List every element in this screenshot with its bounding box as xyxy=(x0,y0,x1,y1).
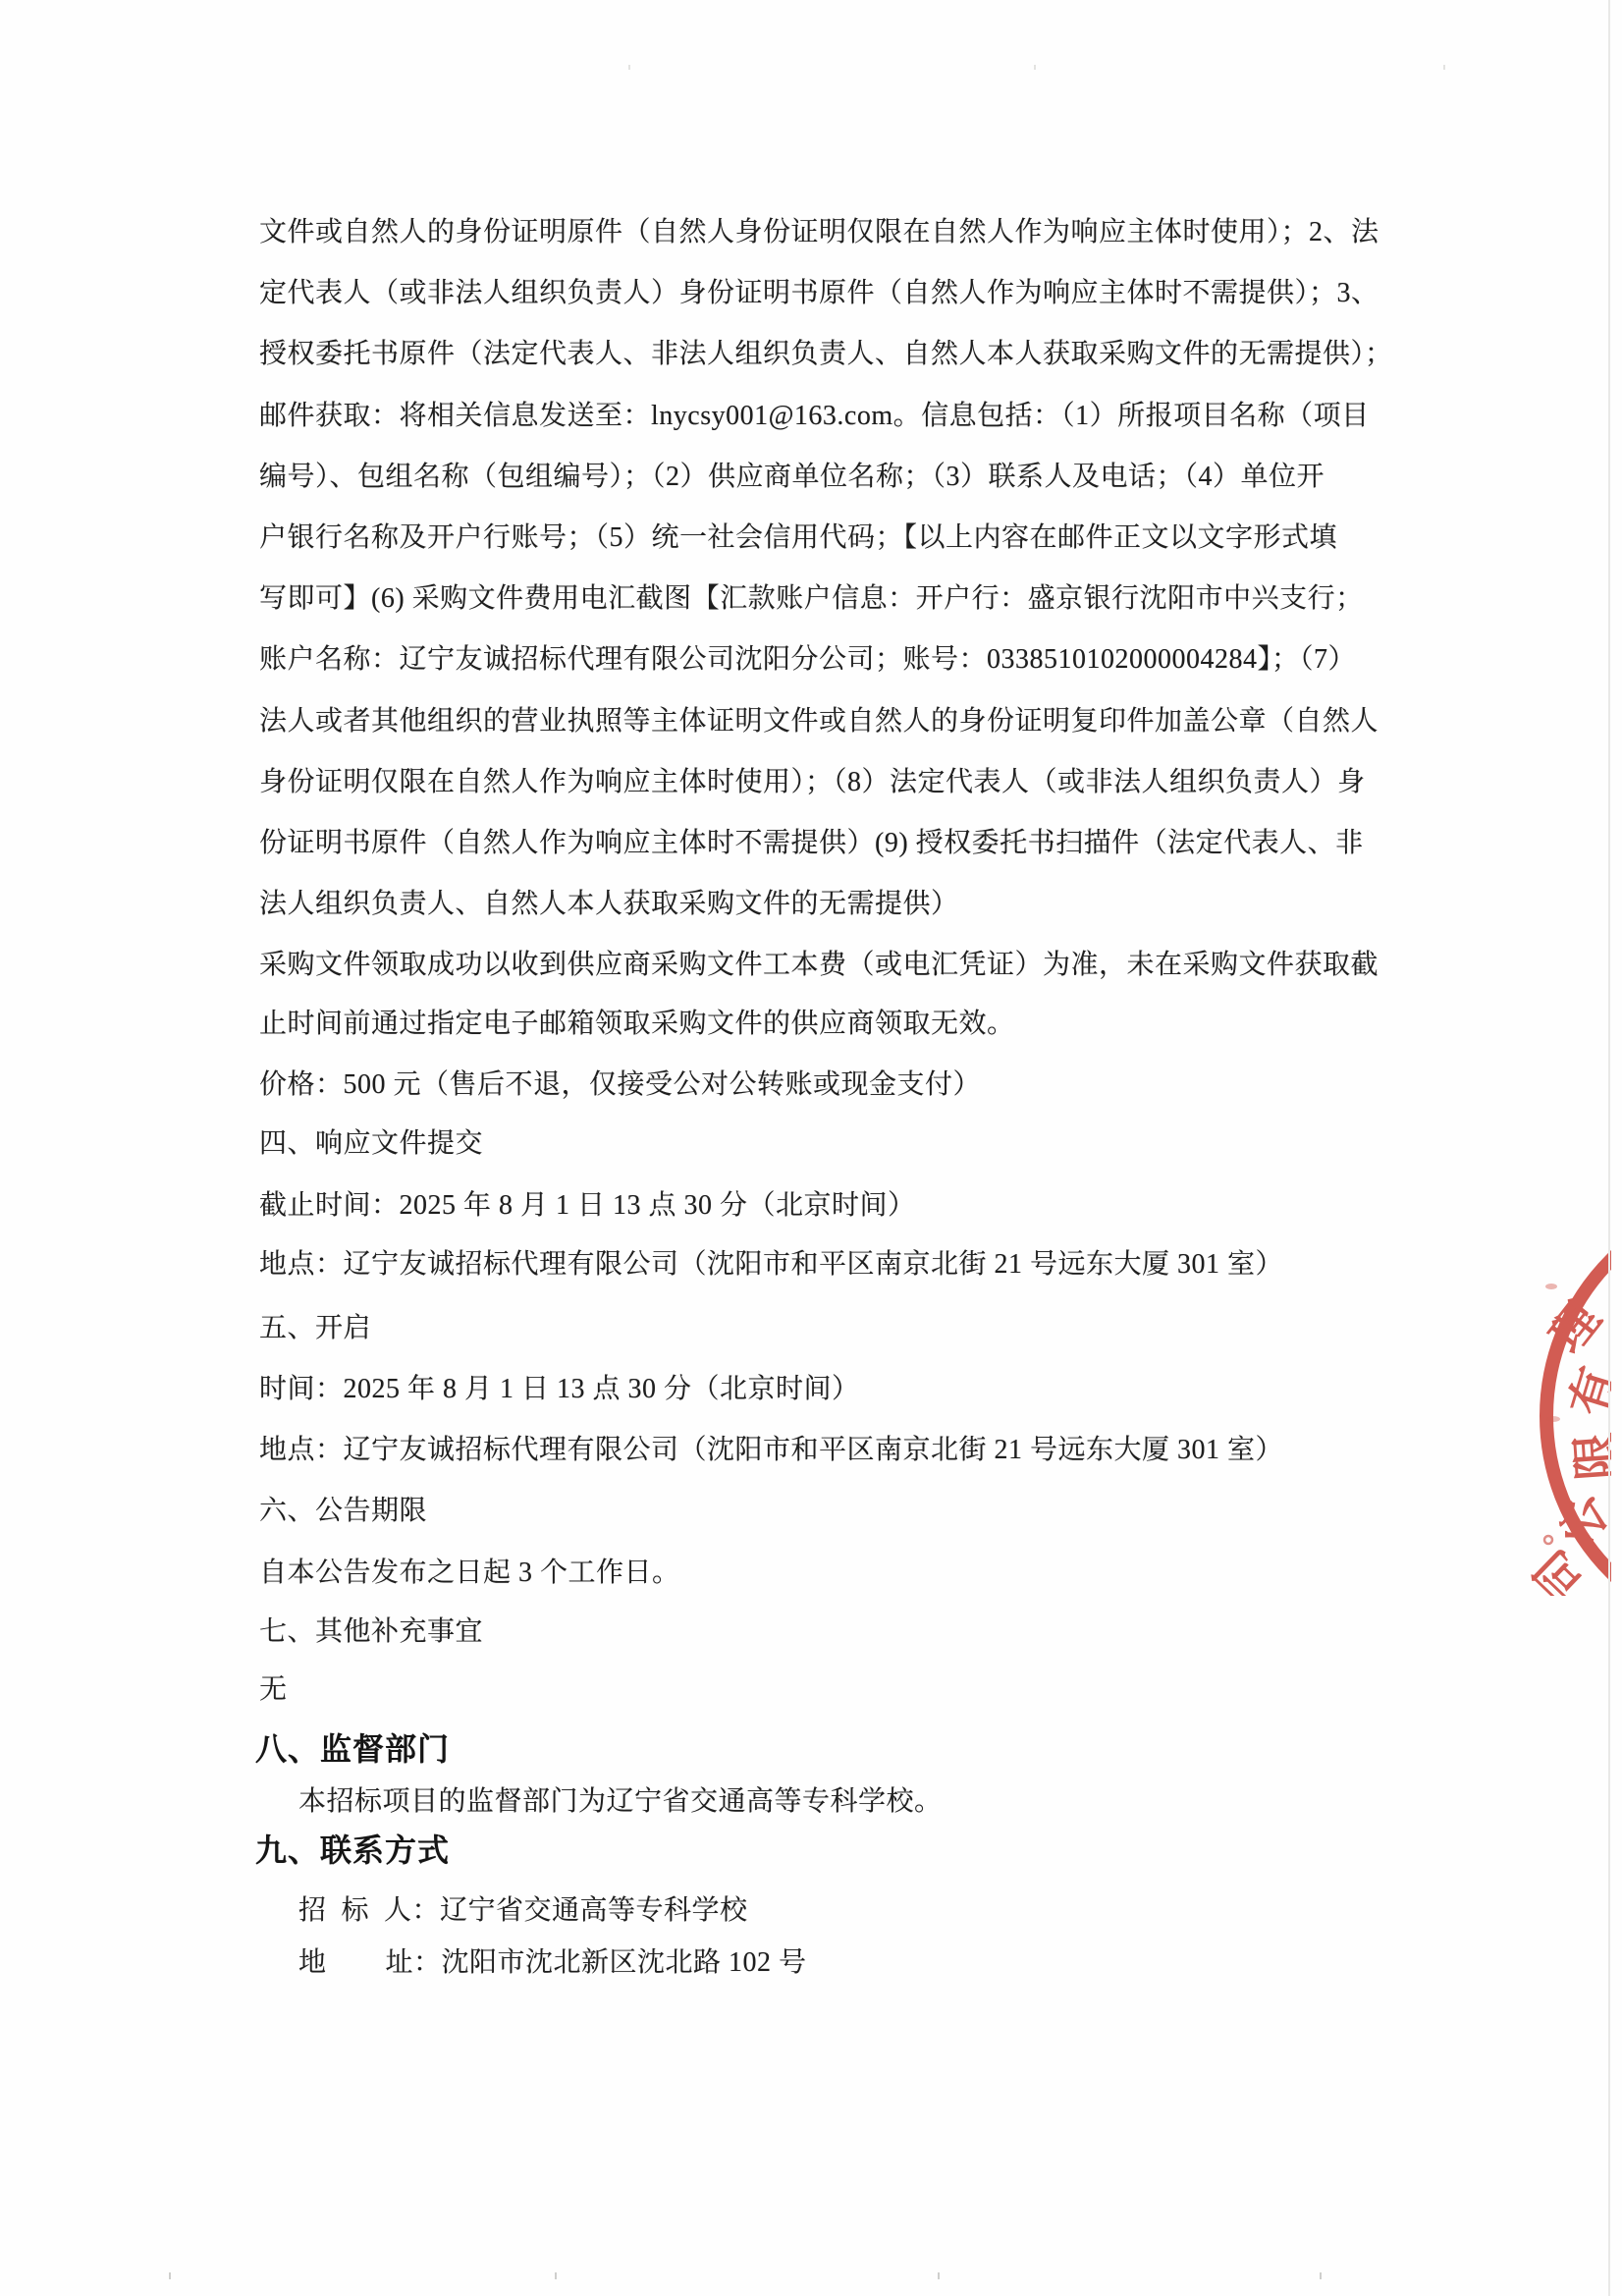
doc-line-account-number: 账户名称：辽宁友诚招标代理有限公司沈阳分公司；账号：03385101020000… xyxy=(259,639,1356,681)
seal-speck xyxy=(1546,1416,1560,1422)
doc-line: 写即可】(6) 采购文件费用电汇截图【汇款账户信息：开户行：盛京银行沈阳市中兴支… xyxy=(259,578,1364,620)
section-heading-supervision: 八、监督部门 xyxy=(255,1726,450,1772)
scan-mark xyxy=(169,2272,171,2279)
doc-line: 定代表人（或非法人组织负责人）身份证明书原件（自然人作为响应主体时不需提供）；3… xyxy=(259,273,1379,314)
section-heading-announcement-period: 六、公告期限 xyxy=(259,1491,427,1532)
section-heading-supplementary: 七、其他补充事宜 xyxy=(259,1612,483,1653)
section-heading-submission: 四、响应文件提交 xyxy=(259,1123,483,1165)
doc-line-price: 价格：500 元（售后不退，仅接受公对公转账或现金支付） xyxy=(259,1065,981,1106)
doc-line: 法人组织负责人、自然人本人获取采购文件的无需提供） xyxy=(259,884,959,925)
seal-char: 限 xyxy=(1569,1431,1611,1482)
doc-line-address: 地点：辽宁友诚招标代理有限公司（沈阳市和平区南京北街 21 号远东大厦 301 … xyxy=(259,1430,1283,1471)
doc-line-deadline: 截止时间：2025 年 8 月 1 日 13 点 30 分（北京时间） xyxy=(259,1185,916,1227)
scan-mark xyxy=(1443,65,1445,70)
seal-char: 有 xyxy=(1562,1361,1611,1421)
doc-line: 自本公告发布之日起 3 个工作日。 xyxy=(259,1553,680,1594)
company-seal-stamp: 理 有 限 公 司 xyxy=(1512,1232,1611,1596)
doc-line-none: 无 xyxy=(259,1669,288,1711)
doc-line-email: 邮件获取：将相关信息发送至：lnycsy001@163.com。信息包括：（1）… xyxy=(259,396,1370,437)
doc-line-opening-time: 时间：2025 年 8 月 1 日 13 点 30 分（北京时间） xyxy=(259,1369,860,1410)
scan-mark xyxy=(938,2272,940,2279)
doc-line: 编号）、包组名称（包组编号）；（2）供应商单位名称；（3）联系人及电话；（4）单… xyxy=(259,457,1325,498)
section-heading-contact: 九、联系方式 xyxy=(255,1828,450,1873)
scan-edge-artifact xyxy=(1608,0,1610,2296)
scan-mark xyxy=(1034,65,1036,70)
doc-line-supervision-body: 本招标项目的监督部门为辽宁省交通高等专科学校。 xyxy=(298,1781,943,1823)
scan-mark xyxy=(555,2272,557,2279)
scan-mark xyxy=(1320,2272,1322,2279)
doc-line: 止时间前通过指定电子邮箱领取采购文件的供应商领取无效。 xyxy=(259,1004,1015,1045)
doc-line: 采购文件领取成功以收到供应商采购文件工本费（或电汇凭证）为准，未在采购文件获取截 xyxy=(259,945,1379,986)
doc-line: 户银行名称及开户行账号；（5）统一社会信用代码；【以上内容在邮件正文以文字形式填 xyxy=(259,518,1337,559)
seal-speck xyxy=(1545,1284,1557,1289)
scan-mark xyxy=(628,65,630,70)
scanned-document-page: 文件或自然人的身份证明原件（自然人身份证明仅限在自然人作为响应主体时使用）；2、… xyxy=(0,0,1622,2296)
doc-line: 身份证明仅限在自然人作为响应主体时使用）；（8）法定代表人（或非法人组织负责人）… xyxy=(259,762,1366,803)
doc-line-tenderer-address: 地 址：沈阳市沈北新区沈北路 102 号 xyxy=(298,1942,807,1984)
doc-line: 份证明书原件（自然人作为响应主体时不需提供）(9) 授权委托书扫描件（法定代表人… xyxy=(259,823,1364,864)
section-heading-opening: 五、开启 xyxy=(259,1308,371,1349)
doc-line-tenderer: 招 标 人：辽宁省交通高等专科学校 xyxy=(298,1890,748,1932)
doc-line: 授权委托书原件（法定代表人、非法人组织负责人、自然人本人获取采购文件的无需提供）… xyxy=(259,334,1393,375)
doc-line-address: 地点：辽宁友诚招标代理有限公司（沈阳市和平区南京北街 21 号远东大厦 301 … xyxy=(259,1244,1283,1285)
doc-line: 法人或者其他组织的营业执照等主体证明文件或自然人的身份证明复印件加盖公章（自然人 xyxy=(259,701,1379,742)
doc-line: 文件或自然人的身份证明原件（自然人身份证明仅限在自然人作为响应主体时使用）；2、… xyxy=(259,212,1379,253)
seal-speck xyxy=(1544,1536,1552,1544)
